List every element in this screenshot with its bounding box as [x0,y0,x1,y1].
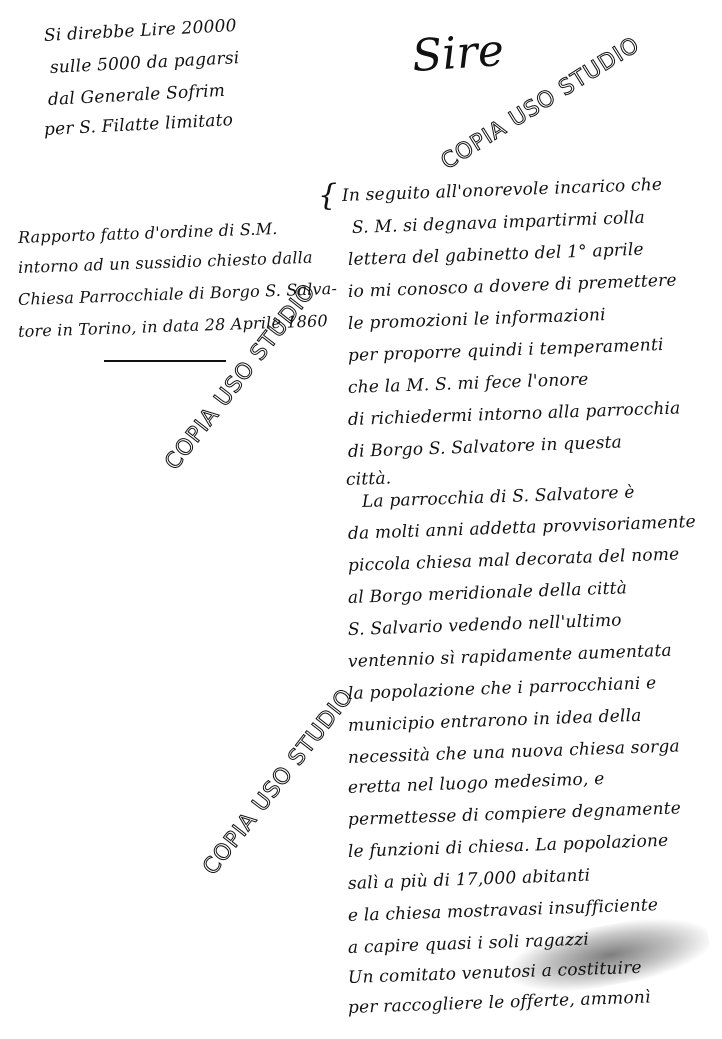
body-line: e la chiesa mostravasi insufficiente [348,895,659,926]
body-line: la popolazione che i parrocchiani e [348,673,657,704]
body-line: da molti anni addetta provvisoriamente [348,512,697,544]
brace-flourish-icon: { [318,178,337,213]
marginal-note-line: dal Generale Sofrim [47,81,225,110]
body-line: le funzioni di chiesa. La popolazione [348,831,669,862]
body-line: In seguito all'onorevole incarico che [342,175,663,206]
body-line: per raccogliere le offerte, ammonì [348,987,651,1018]
body-line: S. M. si degnava impartirmi colla [352,208,646,238]
body-line: città. [346,468,392,490]
body-line: di Borgo S. Salvatore in questa [348,432,623,462]
body-line: necessità che una nuova chiesa sorga [348,736,681,768]
body-line: ventennio sì rapidamente aumentata [348,641,673,672]
watermark-copia-uso-studio: COPIA USO STUDIO [160,279,321,475]
manuscript-page: Si direbbe Lire 20000 sulle 5000 da paga… [0,0,722,1039]
body-line: che la M. S. mi fece l'onore [348,370,589,398]
body-line: per proporre quindi i temperamenti [348,335,664,366]
report-title-line: Rapporto fatto d'ordine di S.M. [18,219,278,247]
body-line: al Borgo meridionale della città [348,578,628,608]
body-line: di richiedermi intorno alla parrocchia [348,398,681,430]
marginal-note-line: Si direbbe Lire 20000 [43,16,237,46]
body-line: piccola chiesa mal decorata del nome [348,544,680,576]
marginal-note-line: sulle 5000 da pagarsi [49,48,239,78]
body-line: permettesse di compiere degnamente [348,798,682,830]
marginal-note-line: per S. Filatte limitato [43,110,233,140]
body-line: le promozioni le informazioni [348,305,606,334]
body-line: municipio entrarono in idea della [348,706,642,736]
title-underline-rule [104,360,226,362]
salutation: Sire [410,25,505,82]
body-line: salì a più di 17,000 abitanti [348,866,591,894]
report-title-line: intorno ad un sussidio chiesto dalla [18,248,313,277]
body-line: io mi conosco a dovere di premettere [348,271,677,302]
body-line: eretta nel luogo medesimo, e [348,769,605,798]
body-line: S. Salvario vedendo nell'ultimo [348,610,622,640]
body-line: La parrocchia di S. Salvatore è [362,482,635,512]
watermark-copia-uso-studio: COPIA USO STUDIO [198,684,359,880]
body-line: lettera del gabinetto del 1° aprile [348,240,644,270]
